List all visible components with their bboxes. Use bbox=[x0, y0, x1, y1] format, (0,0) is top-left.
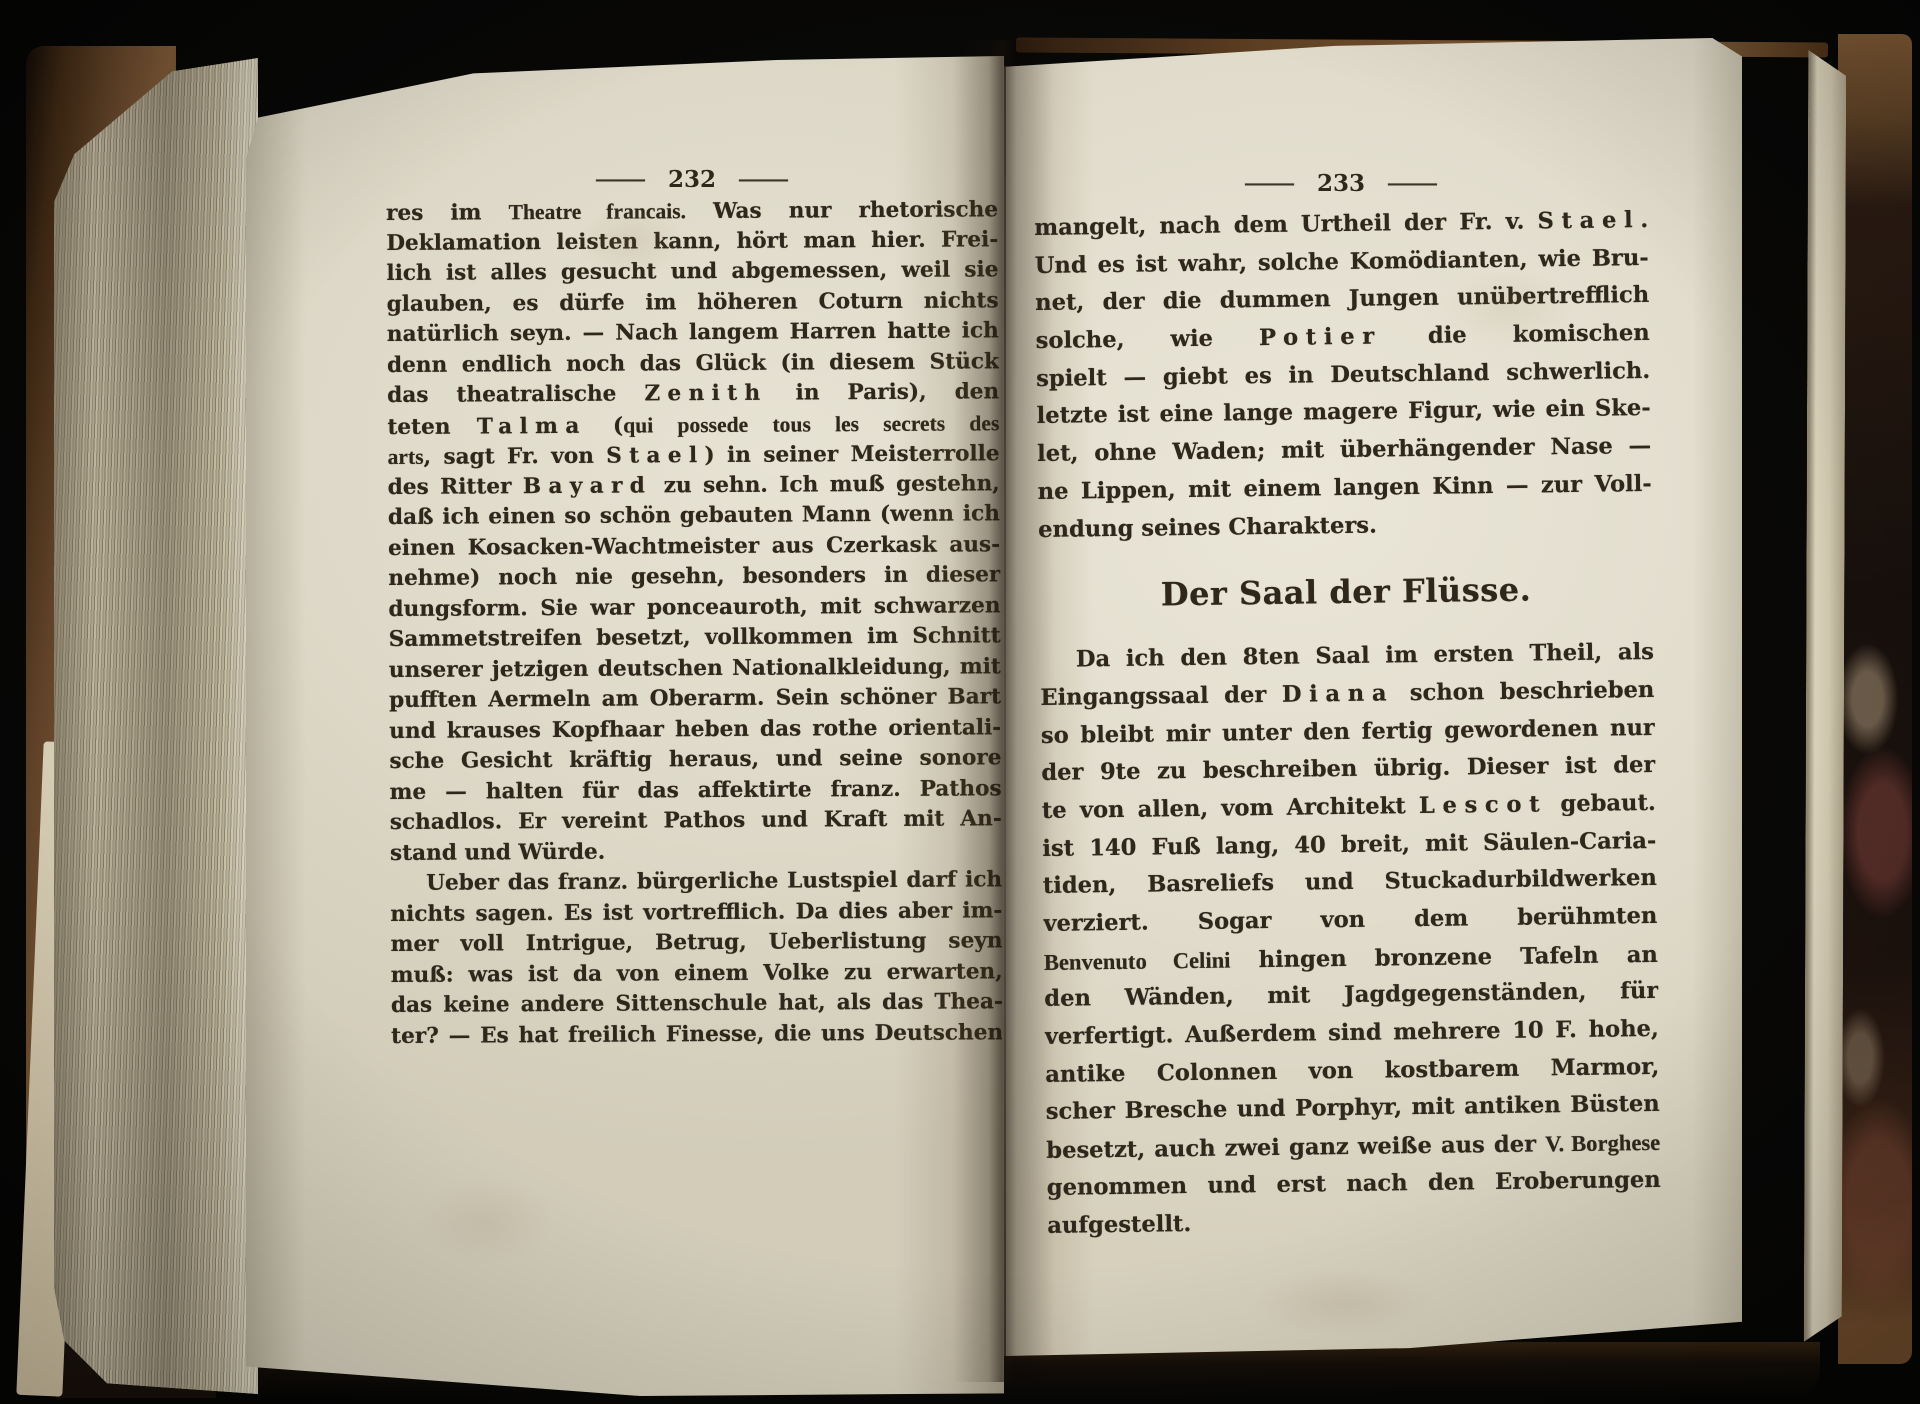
page-right: — 233 — mangelt, nach dem Urtheil der Fr… bbox=[1002, 38, 1742, 1356]
text-line: res im Theatre francais. Was nur rhetori… bbox=[386, 194, 998, 228]
text-line: stand und Würde. bbox=[390, 835, 1002, 869]
header-rule-icon: — bbox=[736, 171, 791, 188]
text-line: daß ich einen so schön gebauten Mann (we… bbox=[388, 499, 1000, 533]
paragraph-block: res im Theatre francais. Was nur rhetori… bbox=[386, 194, 1003, 1052]
text-line: sche Gesicht kräftig heraus, und seine s… bbox=[389, 743, 1001, 777]
header-rule-icon: — bbox=[593, 171, 648, 188]
text-line: pufften Aermeln am Oberarm. Sein schöner… bbox=[389, 682, 1001, 716]
text-line: arts, sagt Fr. von Stael) in seiner Meis… bbox=[387, 438, 999, 472]
text-line: einen Kosacken-Wachtmeister aus Czerkask… bbox=[388, 530, 1000, 564]
page-left: — 232 — res im Theatre francais. Was nur… bbox=[246, 56, 1004, 1396]
text-line: nehme) noch nie gesehn, besonders in die… bbox=[388, 560, 1000, 594]
text-line: muß: was ist da von einem Volke zu erwar… bbox=[391, 957, 1003, 991]
running-head-left: — 232 — bbox=[386, 168, 998, 191]
header-rule-icon: — bbox=[1385, 175, 1440, 192]
text-line: Deklamation leisten kann, hört man hier.… bbox=[386, 225, 998, 259]
book-cover-right-marbled bbox=[1838, 34, 1912, 1364]
text-line: ne Lippen, mit einem langen Kinn — zur V… bbox=[1037, 466, 1651, 512]
text-line: dungsform. Sie war ponceauroth, mit schw… bbox=[388, 591, 1000, 625]
header-rule-icon: — bbox=[1242, 175, 1297, 192]
page-left-body: res im Theatre francais. Was nur rhetori… bbox=[386, 194, 1003, 1052]
section-heading: Der Saal der Flüsse. bbox=[1039, 566, 1654, 618]
text-line: des Ritter Bayard zu sehn. Ich muß geste… bbox=[388, 469, 1000, 503]
photo-scene: — 232 — res im Theatre francais. Was nur… bbox=[0, 0, 1920, 1404]
text-line: schadlos. Er vereint Pathos und Kraft mi… bbox=[390, 804, 1002, 838]
page-number-left: 232 bbox=[668, 168, 716, 191]
running-head-right: — 233 — bbox=[1034, 172, 1648, 195]
text-line: me — halten für das affektirte franz. Pa… bbox=[390, 774, 1002, 808]
text-line: aufgestellt. bbox=[1047, 1199, 1661, 1245]
text-line: Sammetstreifen besetzt, vollkommen im Sc… bbox=[389, 621, 1001, 655]
paragraph-block: mangelt, nach dem Urtheil der Fr. v. Sta… bbox=[1034, 202, 1652, 549]
page-block-fore-edge-right bbox=[1732, 36, 1812, 1348]
page-number-right: 233 bbox=[1317, 172, 1365, 195]
foxing-stain bbox=[416, 1176, 556, 1266]
text-line: unserer jetzigen deutschen Nationalkleid… bbox=[389, 652, 1001, 686]
page-block-fore-edge-left bbox=[54, 58, 258, 1394]
text-line: Ueber das franz. bürgerliche Lustspiel d… bbox=[390, 865, 1002, 899]
foxing-stain bbox=[1252, 1268, 1432, 1338]
text-line: das keine andere Sittenschule hat, als d… bbox=[391, 987, 1003, 1021]
text-line: endung seines Charakters. bbox=[1038, 503, 1652, 549]
text-line: natürlich seyn. — Nach langem Harren hat… bbox=[387, 316, 999, 350]
text-line: mer voll Intrigue, Betrug, Ueberlistung … bbox=[390, 926, 1002, 960]
text-line: lich ist alles gesucht und abgemessen, w… bbox=[386, 255, 998, 289]
text-line: und krauses Kopfhaar heben das rothe ori… bbox=[389, 713, 1001, 747]
text-line: nichts sagen. Es ist vortrefflich. Da di… bbox=[390, 896, 1002, 930]
text-line: genommen und erst nach den Eroberungen 1… bbox=[1047, 1162, 1661, 1208]
page-right-body: mangelt, nach dem Urtheil der Fr. v. Sta… bbox=[1034, 202, 1661, 1245]
text-line: denn endlich noch das Glück (in diesem S… bbox=[387, 347, 999, 381]
text-line: glauben, es dürfe im höheren Coturn nich… bbox=[387, 286, 999, 320]
text-line: teten Talma (qui possede tous les secret… bbox=[387, 408, 999, 442]
text-line: das theatralische Zenith in Paris), den … bbox=[387, 377, 999, 411]
text-line: ter? — Es hat freilich Finesse, die uns … bbox=[391, 1018, 1003, 1052]
paragraph-block: Da ich den 8ten Saal im ersten Theil, al… bbox=[1040, 634, 1662, 1245]
